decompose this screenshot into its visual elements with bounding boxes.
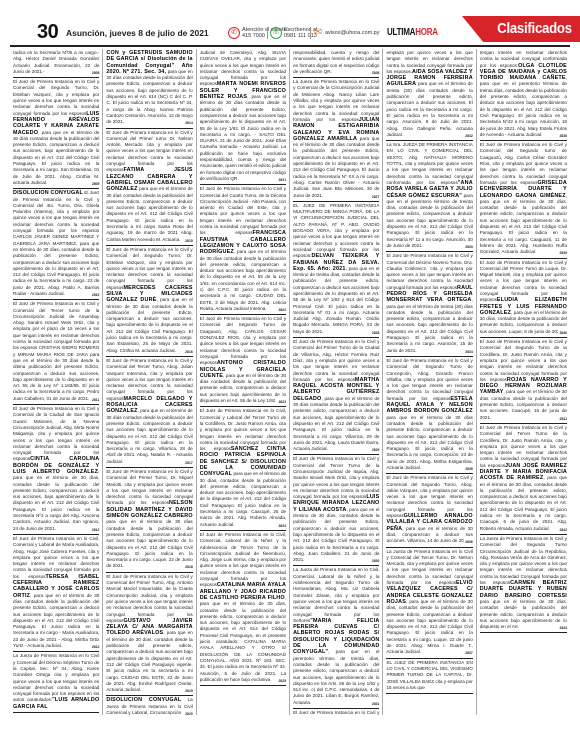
- legal-notice: EL JUEZ DE PRIMERA INSTANCIA MULTIFUERO …: [293, 202, 379, 338]
- ultimahora-logo: ULTIMAHORA: [387, 27, 438, 38]
- notice-code: 2832: [464, 133, 473, 139]
- notice-code: 2816: [184, 349, 193, 355]
- legal-notice: El Juez de Primera Instancia en lo Civil…: [13, 300, 99, 405]
- legal-notice: El Juez de Primera Instancia en lo Civil…: [13, 405, 99, 535]
- notice-code: 2826: [371, 70, 380, 76]
- header-rule: [10, 45, 570, 47]
- legal-notice: El Juez de Primera Instancia en lo Civil…: [13, 535, 99, 652]
- notice-code: 2834: [464, 349, 473, 355]
- legal-notice: CON y GESTRUDIS SAMUDIO DE GARCIA s/ Dis…: [106, 49, 192, 129]
- notice-text: La Jueza de Primera Instancia en lo Civi…: [293, 567, 379, 622]
- notice-code: 2813: [91, 644, 100, 650]
- contact-value: 0981 111 013: [284, 33, 317, 39]
- legal-notice: responsabilidad, cuenta y riesgo del Anu…: [293, 49, 379, 78]
- notice-code: 2822: [278, 307, 287, 313]
- notice-text: para que en el término de 30 días, conta…: [200, 471, 286, 526]
- notice-text: , para que en el término de 30 días cont…: [13, 130, 99, 185]
- notice-text: , para que en el término de 30 días, con…: [200, 595, 286, 682]
- legal-notice: emplaza por quince veces a los que tenga…: [386, 49, 472, 141]
- notice-text: La Jueza de Primera Instancia en lo Civi…: [480, 536, 567, 585]
- notice-code: 2817: [184, 460, 193, 466]
- notice-text: El Juez de Primera Instancia en lo Civil…: [106, 247, 192, 290]
- notice-code: 2818: [184, 564, 193, 570]
- legal-notice: El Juez de Primera Instancia en lo Civil…: [480, 424, 567, 535]
- notice-text: La Jueza de Primera Instancia en lo Civi…: [293, 79, 379, 122]
- notice-code: 2840: [558, 330, 567, 336]
- legal-notice: tengan interés en reclamar derechos cont…: [480, 49, 567, 141]
- notice-code: 2827: [371, 194, 380, 200]
- legal-notice: El Juez de Primera Instancia en lo Civil…: [386, 357, 472, 474]
- notice-code: 2815: [184, 238, 193, 244]
- notice-text: , para que en el término de 30 días cont…: [106, 297, 192, 352]
- notice-text: El Juez de Primera Instancia en lo Civil…: [200, 316, 286, 365]
- notice-text: La Jueza de Primera Instancia en lo Civi…: [13, 653, 99, 702]
- notice-text: para que en el perentorio término de tre…: [386, 193, 472, 248]
- notice-text: , para que en el término de 30 días, con…: [13, 469, 99, 531]
- notice-text: El Juez de Primera Instancia en lo Civil…: [480, 425, 567, 468]
- column-6: tengan interés en reclamar derechos cont…: [477, 49, 570, 715]
- notice-text: , para que en el término de 30 días cont…: [293, 396, 379, 451]
- legal-notice: El Juez de Primera Instancia en lo Civil…: [200, 315, 286, 407]
- phone-icon: ✆: [228, 27, 240, 39]
- notice-text: El Juez de Primera Instancia en lo Civil…: [13, 406, 99, 461]
- notice-text: para que en el término de 30 días, conta…: [480, 599, 567, 629]
- notice-text: El Juez de Primera Instancia en lo Civil…: [293, 339, 379, 382]
- legal-notice: La Jueza de Primera Instancia en lo Civi…: [293, 78, 379, 202]
- notice-code: 2841: [558, 416, 567, 422]
- notice-text: El Juez de Primera Instancia en lo Civil…: [13, 301, 99, 400]
- column-3: Judicial de Canindeyú, Abg. SILVIA CUEVA…: [197, 49, 290, 715]
- column-4: responsabilidad, cuenta y riesgo del Anu…: [290, 49, 383, 715]
- legal-notice: La Jueza de Primera Instancia en lo Civi…: [293, 566, 379, 709]
- notice-names: DISOLUCION CONYUGAL: [106, 697, 181, 703]
- legal-notice: El Juez de Primera Instancia en lo Civil…: [480, 338, 567, 424]
- notice-code: 2810: [91, 292, 100, 298]
- notice-text: , para que en el término de 30 días, con…: [293, 507, 379, 562]
- legal-notice: El Juez de Primera Instancia en lo Civil…: [13, 78, 99, 189]
- notice-code: 2828: [371, 330, 380, 336]
- notice-text: , para que en el término de 30 días cont…: [200, 249, 286, 311]
- notice-code: 2831: [371, 701, 380, 707]
- notice-code: 2811: [91, 397, 99, 403]
- notice-text: El Juez de Primera Instancia en lo Civil…: [293, 456, 379, 499]
- divider: [267, 27, 268, 39]
- notice-text: La Sra. JUEZA DE PRIMERA INSTANCIA EN LO…: [386, 142, 472, 185]
- notice-text: para que en el término de 30 días contad…: [386, 415, 472, 470]
- legal-notice: Judicial de Canindeyú, Abg. SILVIA CUEVA…: [200, 49, 286, 185]
- legal-notice: La Sra. JUEZA DE PRIMERA INSTANCIA EN LO…: [386, 141, 472, 252]
- column-1: radica en la Secretaría Nº06 a mi cargo.…: [10, 49, 103, 715]
- notice-names: DISOLUCION CONYUGAL: [13, 190, 83, 196]
- notice-text: para que en el término de 30 días contad…: [106, 519, 192, 568]
- legal-notice: El Juez de Primera Instancia en lo Civil…: [106, 246, 192, 357]
- page-number: 30: [37, 21, 58, 44]
- dateline: Asunción, jueves 8 de julio de 2021: [66, 28, 209, 38]
- notice-code: 2829: [371, 447, 380, 453]
- notice-code: 2835: [464, 466, 473, 472]
- notice-text: , para que en el término de treinta días…: [293, 266, 379, 334]
- notice-text: , para que en el término de treinta (30)…: [386, 297, 472, 352]
- section-banner: Clasificados: [462, 16, 580, 42]
- legal-notice: El Juez de Primera Instancia en lo Civil…: [106, 357, 192, 468]
- legal-notice: DISOLUCION CONYUGAL El Juez de Primera I…: [13, 189, 99, 300]
- legal-notice: El Juez de Primera Instancia en lo Civil…: [106, 573, 192, 697]
- notice-code: 2839: [558, 250, 567, 256]
- notice-text: , para que en el término de 30 días cont…: [13, 593, 99, 648]
- notice-text: El Juez de Primera Instancia en lo Civil…: [106, 358, 192, 401]
- mail-icon: ✉: [313, 28, 323, 38]
- notice-text: El Juez de Primera Instancia en lo Civil…: [106, 130, 192, 173]
- notice-text: El Juez de Primera Instancia en lo Civil…: [13, 190, 99, 296]
- notice-text: El Juez de Primera Instancia en lo Civil…: [480, 142, 567, 185]
- legal-notice: El Juez de Primera Instancia en lo Civil…: [293, 455, 379, 566]
- notice-text: para que en el término de 30 días contad…: [106, 186, 192, 241]
- column-5: emplaza por quince veces a los que tenga…: [383, 49, 476, 715]
- notice-columns: radica en la Secretaría Nº06 a mi cargo.…: [10, 49, 570, 715]
- notice-text: El Juez de Primera Instancia en lo Civil…: [480, 339, 567, 382]
- notice-text: , para que en el término de 30 días, con…: [480, 475, 567, 530]
- notice-code: 2809: [91, 181, 100, 187]
- divider: [310, 27, 311, 39]
- notice-text: El Juez de Primera Instancia en lo Civil…: [386, 358, 472, 401]
- legal-notice: EL JUEZ DE PRIMERA INSTANCIA EN LO CIVIL…: [386, 659, 472, 694]
- notice-code: 2825: [278, 678, 287, 684]
- legal-notice: El Juez de Primera Instancia en lo Civil…: [106, 468, 192, 573]
- legal-notice: El Juez de Primera Instancia en lo Civil…: [200, 531, 286, 686]
- notice-text: EL JUEZ DE PRIMERA INSTANCIA EN LO CIVIL…: [386, 660, 472, 690]
- notice-text: EL JUEZ DE PRIMERA INSTANCIA MULTIFUERO …: [293, 203, 379, 258]
- notice-text: El Juez de Primera Instancia en lo Civil…: [480, 260, 567, 303]
- notice-code: 2821: [278, 177, 287, 183]
- notice-code: 2812: [91, 527, 100, 533]
- notice-text: , para que en el término de 30 días, con…: [386, 599, 472, 654]
- notice-text: El Juez de Primera Instancia en lo Civil…: [200, 408, 286, 451]
- legal-notice: El Juez de Primera Instancia en lo Civil…: [480, 141, 567, 258]
- notice-text: , para que en el término de 30 días cont…: [106, 408, 192, 463]
- notice-text: , para que en el perentorio término de t…: [293, 649, 379, 704]
- notice-code: 2823: [278, 399, 287, 405]
- legal-notice: El Juez de Primera Instancia en lo Civil…: [293, 338, 379, 455]
- notice-text: , para que en el término de 30 días, con…: [106, 630, 192, 692]
- legal-notice: DISOLUCION CONYUGAL La Jueza de Primera …: [106, 696, 192, 715]
- legal-notice: El Juez de Primera Instancia en lo Civil…: [200, 185, 286, 315]
- notice-text: para que en 30 días contados desde la pu…: [106, 69, 192, 124]
- notice-text: , para que en el término de 30 días, con…: [480, 193, 567, 255]
- notice-code: 2843: [558, 625, 567, 631]
- legal-notice: El Juez de Primera Instancia en lo Civil…: [200, 407, 286, 531]
- notice-text: para que en el término de treinta (30) d…: [386, 81, 472, 136]
- legal-notice: La Jueza de Primera Instancia en lo Civi…: [386, 548, 472, 659]
- notice-code: 2837: [464, 650, 473, 656]
- column-2: CON y GESTRUDIS SAMUDIO DE GARCIA s/ Dis…: [103, 49, 196, 715]
- legal-notice: La Jueza de Primera Instancia en lo Civi…: [480, 535, 567, 633]
- notice-text: , para que en el perentorio término de t…: [480, 75, 567, 137]
- notice-code: 2820: [184, 711, 193, 715]
- notice-text: El Juez de Primera Instancia en lo Civil…: [106, 574, 192, 623]
- notice-text: para que en el término de 30 días contad…: [293, 136, 379, 198]
- notice-text: El Juez de Primera Instancia en lo Civil…: [13, 536, 99, 579]
- contact-mail: ✉ avisos@uhora.com.py: [313, 25, 380, 41]
- legal-notice: El Juez de Primera Instancia en lo Civil…: [293, 709, 379, 715]
- page-header: 30 Asunción, jueves 8 de julio de 2021 ✆…: [10, 22, 570, 44]
- legal-notice: radica en la Secretaría Nº06 a mi cargo.…: [13, 49, 99, 78]
- legal-notice: El Juez de Primera Instancia en lo Civil…: [386, 252, 472, 357]
- legal-notice: La Jueza de Primera Instancia en lo Civi…: [13, 652, 99, 713]
- notice-text: , para que en el término de 30 días cont…: [200, 94, 286, 181]
- contact-value: 415 7000: [242, 33, 265, 39]
- legal-notice: El Juez de Primera Instancia en lo Civil…: [386, 474, 472, 547]
- legal-notice: El Juez de Primera Instancia en lo Civil…: [106, 129, 192, 246]
- notice-code: 2833: [464, 244, 473, 250]
- notice-text: El Juez de Primera Instancia en lo Civil…: [200, 532, 286, 587]
- notice-text: responsabilidad, cuenta y riesgo del Anu…: [293, 50, 379, 74]
- notice-text: radica en la Secretaría Nº06 a mi cargo.…: [13, 50, 99, 74]
- section-title: Clasificados: [497, 20, 572, 37]
- contact-value: avisos@uhora.com.py: [325, 30, 380, 36]
- notice-code: 2819: [184, 688, 193, 694]
- notice-code: 2824: [278, 523, 287, 529]
- whatsapp-icon: ☏: [270, 27, 282, 39]
- notice-text: El Juez de Primera Instancia en lo Civil…: [293, 710, 379, 715]
- notice-code: 2842: [558, 527, 567, 533]
- notice-code: 2808: [91, 70, 100, 76]
- notice-code: 2836: [464, 539, 473, 545]
- notice-text: El Juez de Primera Instancia en lo Civil…: [386, 475, 472, 518]
- notice-code: 2838: [558, 133, 567, 139]
- notice-text: El Juez de Primera Instancia en lo Civil…: [200, 186, 286, 235]
- notice-code: 2830: [371, 558, 380, 564]
- notice-code: 2814: [184, 120, 193, 126]
- newspaper-page: 30 Asunción, jueves 8 de julio de 2021 ✆…: [10, 0, 570, 716]
- legal-notice: El Juez de Primera Instancia en lo Civil…: [480, 259, 567, 339]
